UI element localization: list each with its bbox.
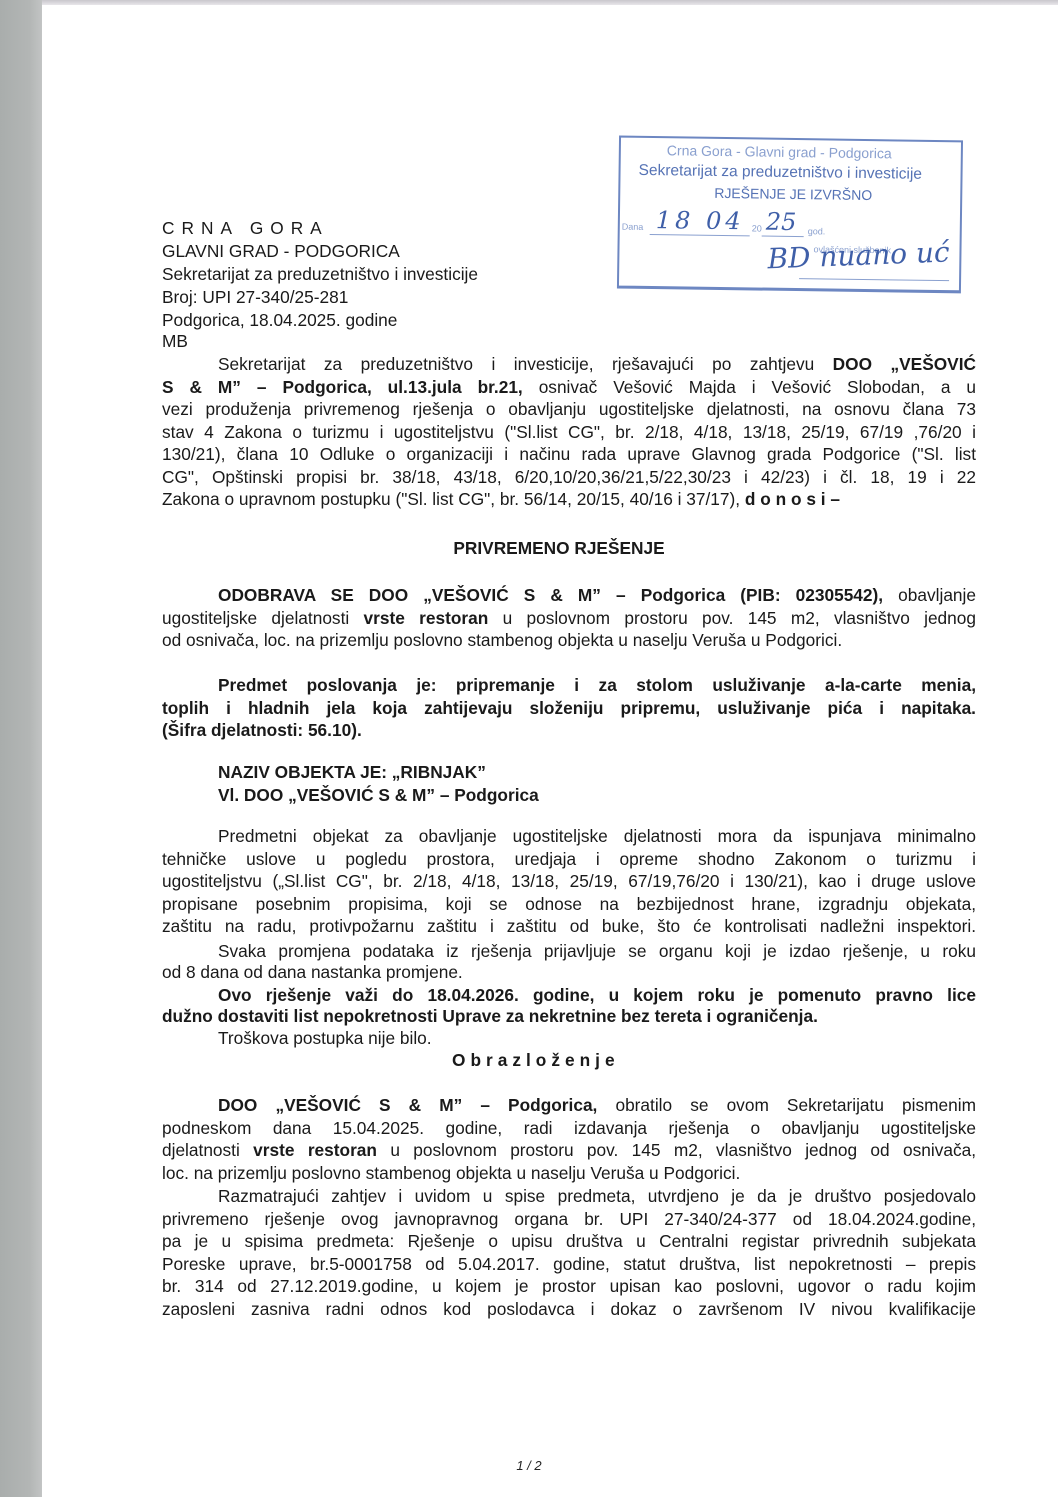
text: (Šifra djelatnosti: 56.10). [162, 720, 362, 740]
text-line: djelatnosti vrste restoran u poslovnom p… [162, 1140, 976, 1160]
page-number: 1 / 2 [0, 1458, 1058, 1473]
stamp-date-underline [650, 234, 750, 236]
document-page: Crna Gora - Glavni grad - Podgorica Sekr… [0, 0, 1058, 1497]
text-line: od osnivača, loc. na prizemlju poslovno … [162, 630, 842, 650]
bold-text: vrste restoran [364, 608, 489, 628]
bold-text: S & M” – Podgorica, ul.13.jula br.21, [162, 377, 523, 397]
text-line: Zakona o upravnom postupku ("Sl. list CG… [162, 489, 840, 509]
validity-line2: dužno dostaviti list nepokretnosti Uprav… [162, 1006, 818, 1026]
bold-text: vrste restoran [253, 1140, 377, 1160]
text-line: CG", Opštinski propisi br. 38/18, 43/18,… [162, 467, 976, 487]
text-line: toplih i hladnih jela koja zahtijevaju s… [162, 698, 976, 718]
bold-text: ODOBRAVA SE DOO „VEŠOVIĆ S & M” – Podgor… [218, 585, 883, 605]
text: u poslovnom prostoru pov. 145 m2, vlasni… [488, 608, 976, 628]
text-line: zaposleni zasniva radni odnos kod poslod… [162, 1299, 976, 1319]
stamp-signature: BD nuano uć [767, 235, 950, 275]
stamp-year-prefix: 20 [752, 223, 762, 233]
header-case-number: Broj: UPI 27-340/25-281 [162, 287, 348, 307]
text-line: Poreske uprave, br.5-0001758 od 5.04.201… [162, 1254, 976, 1274]
text: Predmet poslovanja je: pripremanje i za … [218, 675, 976, 695]
text-line: Sekretarijat za preduzetništvo i investi… [218, 354, 976, 374]
text-line: vezi produženja privremenog rješenja o o… [162, 399, 976, 419]
text-line: propisane posebnim propisima, koji se od… [162, 894, 976, 914]
text-line: ugostiteljske djelatnosti vrste restoran… [162, 608, 976, 628]
text: Razmatrajući zahtjev i uvidom u spise pr… [218, 1186, 976, 1206]
text: privremeno rješenje ovog javnopravnog or… [162, 1209, 976, 1229]
stamp-year-underline [762, 236, 804, 238]
text: Sekretarijat za preduzetništvo i investi… [218, 354, 833, 374]
object-owner: Vl. DOO „VEŠOVIĆ S & M” – Podgorica [218, 785, 539, 805]
header-place-date: Podgorica, 18.04.2025. godine [162, 310, 397, 330]
text-line: pa je u spisima predmeta: Rješenje o upi… [162, 1231, 976, 1251]
text: djelatnosti [162, 1140, 253, 1160]
text: ugostiteljstvu („Sl.list CG", br. 2/18, … [162, 871, 976, 891]
text-line: ugostiteljstvu („Sl.list CG", br. 2/18, … [162, 871, 976, 891]
text: od osnivača, loc. na prizemlju poslovno … [162, 630, 842, 650]
bold-text: DOO „VEŠOVIĆ S & M” – Podgorica, [218, 1095, 597, 1115]
text-line: ODOBRAVA SE DOO „VEŠOVIĆ S & M” – Podgor… [218, 585, 976, 605]
text-line: br. 314 od 27.12.2019.godine, u kojem je… [162, 1276, 976, 1296]
text-line: DOO „VEŠOVIĆ S & M” – Podgorica, obratil… [218, 1095, 976, 1115]
text: 130/21), člana 10 Odluke o organizaciji … [162, 444, 976, 464]
text-line: Predmet poslovanja je: pripremanje i za … [218, 675, 976, 695]
text: ugostiteljske djelatnosti [162, 608, 364, 628]
text-line: 130/21), člana 10 Odluke o organizaciji … [162, 444, 976, 464]
text-line: zaštitu na radu, protivpožarnu zaštitu i… [162, 916, 976, 936]
enforceability-stamp: Crna Gora - Glavni grad - Podgorica Sekr… [617, 136, 971, 291]
text: propisane posebnim propisima, koji se od… [162, 894, 976, 914]
costs-statement: Troškova postupka nije bilo. [218, 1028, 432, 1048]
stamp-status: RJEŠENJE JE IZVRŠNO [714, 185, 872, 203]
text: osnivač Vešović Majda i Vešović Slobodan… [523, 377, 976, 397]
text-line: (Šifra djelatnosti: 56.10). [162, 720, 362, 740]
text: toplih i hladnih jela koja zahtijevaju s… [162, 698, 976, 718]
change-notice-line1: Svaka promjena podataka iz rješenja prij… [218, 941, 976, 961]
stamp-date-handwritten: 18 04 [656, 206, 745, 235]
text: obratilo se ovom Sekretarijatu pismenim [597, 1095, 976, 1115]
stamp-authority: Crna Gora - Glavni grad - Podgorica [667, 142, 892, 161]
stamp-year-suffix: god. [808, 226, 826, 236]
text-line: loc. na prizemlju poslovno stambenog obj… [162, 1163, 740, 1183]
stamp-date-label: Dana [622, 222, 644, 232]
text: Zakona o upravnom postupku ("Sl. list CG… [162, 489, 745, 509]
stamp-year-handwritten: 25 [766, 208, 797, 236]
text: podneskom dana 15.04.2025. godine, radi … [162, 1118, 976, 1138]
text: stav 4 Zakona o turizmu i ugostiteljstvu… [162, 422, 976, 442]
text-line: stav 4 Zakona o turizmu i ugostiteljstvu… [162, 422, 976, 442]
text: CG", Opštinski propisi br. 38/18, 43/18,… [162, 467, 976, 487]
object-name: NAZIV OBJEKTA JE: „RIBNJAK” [218, 762, 486, 782]
text-line: privremeno rješenje ovog javnopravnog or… [162, 1209, 976, 1229]
scan-edge-top [42, 0, 1058, 5]
text-line: podneskom dana 15.04.2025. godine, radi … [162, 1118, 976, 1138]
text: zaštitu na radu, protivpožarnu zaštitu i… [162, 916, 976, 936]
validity-line1: Ovo rješenje važi do 18.04.2026. godine,… [218, 985, 976, 1005]
header-initials: MB [162, 331, 188, 351]
text: tehničke uslove u pogledu prostora, ured… [162, 849, 976, 869]
text: Predmetni objekat za obavljanje ugostite… [218, 826, 976, 846]
text-line: tehničke uslove u pogledu prostora, ured… [162, 849, 976, 869]
text: u poslovnom prostoru pov. 145 m2, vlasni… [377, 1140, 976, 1160]
text: zaposleni zasniva radni odnos kod poslod… [162, 1299, 976, 1319]
text: vezi produženja privremenog rješenja o o… [162, 399, 976, 419]
text: loc. na prizemlju poslovno stambenog obj… [162, 1163, 740, 1183]
header-country: CRNA GORA [162, 218, 329, 238]
bold-text: d o n o s i – [745, 489, 840, 509]
scan-edge-left [0, 0, 42, 1497]
change-notice-line2: od 8 dana od dana nastanka promjene. [162, 962, 463, 982]
text-line: Predmetni objekat za obavljanje ugostite… [218, 826, 976, 846]
text: br. 314 od 27.12.2019.godine, u kojem je… [162, 1276, 976, 1296]
text-line: Razmatrajući zahtjev i uvidom u spise pr… [218, 1186, 976, 1206]
text: obavljanje [883, 585, 976, 605]
text: pa je u spisima predmeta: Rješenje o upi… [162, 1231, 976, 1251]
reasoning-title: Obrazloženje [452, 1050, 620, 1070]
text-line: S & M” – Podgorica, ul.13.jula br.21, os… [162, 377, 976, 397]
header-department: Sekretarijat za preduzetništvo i investi… [162, 264, 478, 284]
bold-text: DOO „VEŠOVIĆ [833, 354, 976, 374]
header-city: GLAVNI GRAD - PODGORICA [162, 241, 400, 261]
text: Poreske uprave, br.5-0001758 od 5.04.201… [162, 1254, 976, 1274]
decision-title: PRIVREMENO RJEŠENJE [0, 538, 1058, 558]
